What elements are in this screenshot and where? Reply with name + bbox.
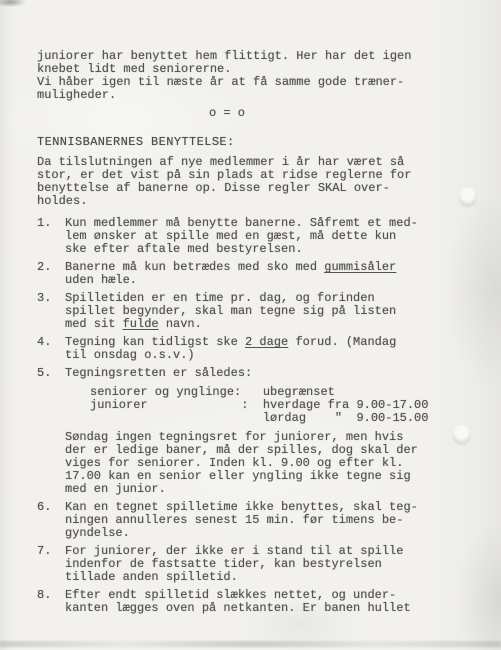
rule-item: 8.Efter endt spilletid slækkes nettet, o… [37,589,457,615]
text-line: ske efter aftale med bestyrelsen. [65,243,457,256]
rule-text: Tegning kan tidligst ske 2 dage forud. (… [65,336,457,362]
rule-number: 1. [37,217,65,256]
rule-number: 5. [37,367,65,496]
rule-note: Søndag ingen tegningsret for juniorer, m… [65,431,457,496]
section-divider: o = o [37,107,417,120]
rule-text: Kan en tegnet spilletime ikke benyttes, … [65,501,457,540]
rule-number: 6. [37,501,65,540]
rule-item: 3.Spilletiden er en time pr. dag, og for… [37,292,457,331]
punch-hole-top [459,188,476,205]
rule-number: 3. [37,292,65,331]
rule-item: 7.For juniorer, der ikke er i stand til … [37,545,457,584]
rules-list: 1.Kun medlemmer må benytte banerne. Såfr… [37,217,457,615]
rule-number: 4. [37,336,65,362]
rule-text: Efter endt spilletid slækkes nettet, og … [65,589,457,615]
punch-hole-bottom [453,426,470,443]
rule-text: For juniorer, der ikke er i stand til at… [65,545,457,584]
text-line: kanten lægges oven på netkanten. Er bane… [65,602,457,615]
preamble-paragraph: Da tilslutningen af nye medlemmer i år h… [37,156,457,208]
text-line: uden hæle. [65,274,457,287]
intro-paragraph: juniorer har benyttet hem flittigt. Her … [37,50,457,102]
text-line: muligheder. [37,89,457,102]
text-line: med en junior. [65,483,457,496]
rule-item: 5.Tegningsretten er således:seniorer og … [37,367,457,496]
paper-crease [0,641,501,647]
rule-text: Spilletiden er en time pr. dag, og forin… [65,292,457,331]
text-line: lørdag " 9.00-15.00 [90,412,457,425]
rule-item: 2.Banerne må kun betrædes med sko med gu… [37,261,457,287]
rule-item: 4.Tegning kan tidligst ske 2 dage forud.… [37,336,457,362]
rule-number: 8. [37,589,65,615]
text-line: gyndelse. [65,527,457,540]
rule-item: 6.Kan en tegnet spilletime ikke benyttes… [37,501,457,540]
scanned-document-page: juniorer har benyttet hem flittigt. Her … [0,0,501,650]
text-line: tillade anden spilletid. [65,571,457,584]
text-line: holdes. [37,195,457,208]
typewritten-content: juniorer har benyttet hem flittigt. Her … [37,0,457,620]
section-heading: TENNISBANERNES BENYTTELSE: [37,136,457,149]
rule-item: 1.Kun medlemmer må benytte banerne. Såfr… [37,217,457,256]
text-line: Tegningsretten er således: [65,367,457,380]
rule-number: 7. [37,545,65,584]
rule-number: 2. [37,261,65,287]
rule-text: Banerne må kun betrædes med sko med gumm… [65,261,457,287]
text-line: til onsdag o.s.v.) [65,349,457,362]
rule-text: Tegningsretten er således:seniorer og yn… [65,367,457,496]
rule-text: Kun medlemmer må benytte banerne. Såfrem… [65,217,457,256]
text-line: med sit fulde navn. [65,318,457,331]
text-line: benyttelse af banerne op. Disse regler S… [37,182,457,195]
booking-hours-table: seniorer og ynglinge: ubegrænsetjuniorer… [90,386,457,425]
